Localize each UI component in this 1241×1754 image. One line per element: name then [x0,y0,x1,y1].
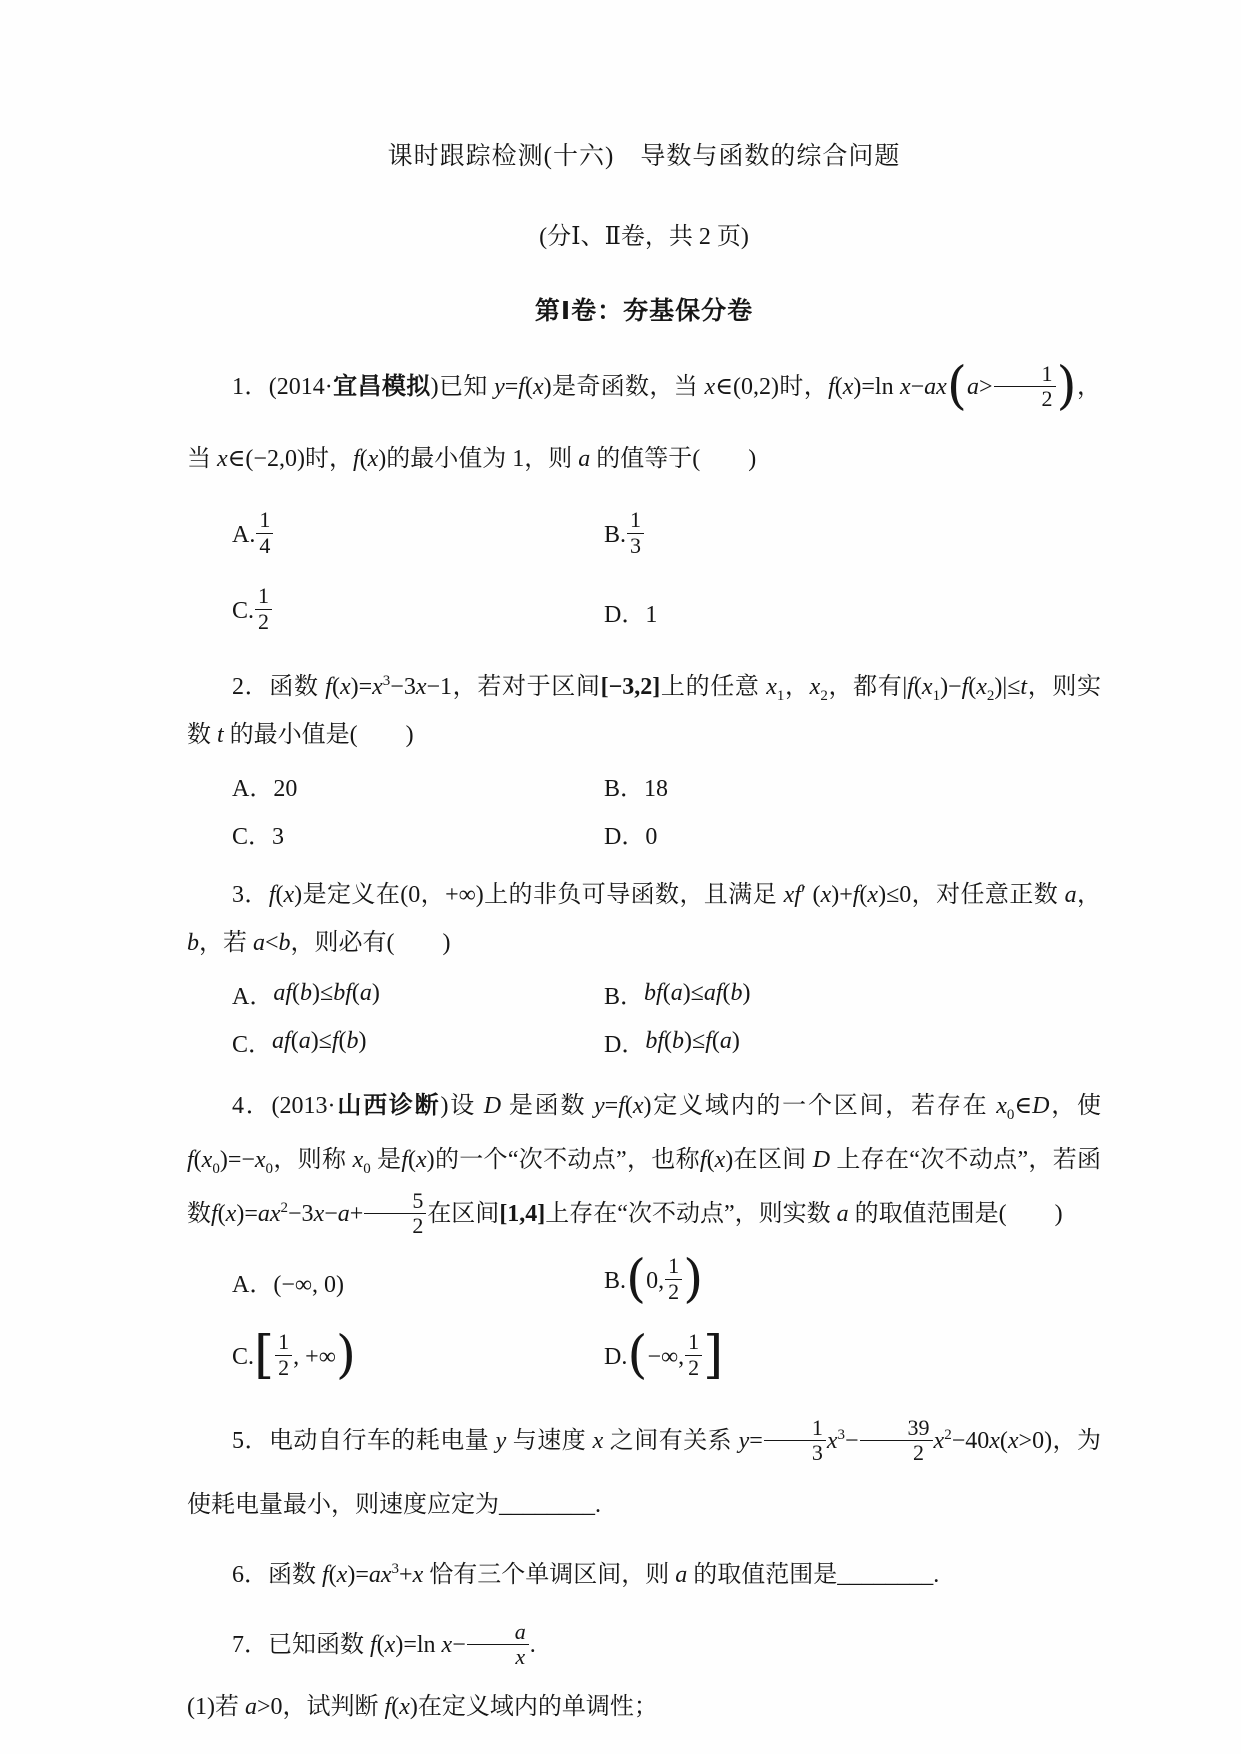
text-run: 与速度 [506,1428,592,1454]
question-4-options: A．(−∞, 0) B.(0, 12) C.[12, +∞) D.(−∞, 12… [187,1243,1101,1395]
text-run: )=ln [853,374,900,400]
text-run: x [337,1562,348,1588]
text-run: )+ [831,882,853,908]
text-run: bf [644,980,663,1007]
text-run: x [715,1147,726,1173]
text-run: x [202,1147,213,1173]
question-3: 3．f(x)是定义在(0，+∞)上的非负可导函数，且满足 xf′ (x)+f(x… [187,871,1101,1065]
text-run: 上存在“次不动点”，则实数 [545,1201,836,1227]
text-run: ) [372,980,380,1007]
text-run: )设 [440,1093,483,1119]
fraction: 12 [994,363,1056,411]
text-run: x [372,674,383,700]
text-run: [1,4] [499,1201,545,1227]
text-run: af [272,1028,291,1055]
text-run: 0 [266,1161,274,1177]
question-7: 7．已知函数 f(x)=ln x−ax. (1)若 a>0，试判断 f(x)在定… [187,1613,1101,1731]
text-run: )= [236,1201,258,1227]
text-run: )≤ [683,980,704,1007]
question-2-option-b: B．18 [604,761,1101,809]
big-bracket: ( [947,356,967,416]
text-run: x [255,1147,266,1173]
text-run: − [845,1428,859,1454]
question-7-part-1: (1)若 a>0，试判断 f(x)在定义域内的单调性； [187,1683,1101,1731]
fraction: 392 [860,1417,933,1465]
text-run: ( [332,674,340,700]
text-run: a [837,1201,849,1227]
text-run: x [867,882,878,908]
question-1-option-b: B.13 [604,497,1101,573]
text-run: − [452,1632,466,1658]
doc-subtitle: (分Ⅰ、Ⅱ卷，共 2 页) [187,216,1101,251]
text-run: 的值等于( ) [590,446,756,472]
fraction-numerator: 1 [256,509,273,532]
fraction-numerator: 1 [275,1331,292,1354]
text-run: x [827,1428,838,1454]
text-run: 2．函数 [232,674,325,700]
question-2-option-a: A．20 [232,761,604,809]
document-page: 课时跟踪检测(十六) 导数与函数的综合问题 (分Ⅰ、Ⅱ卷，共 2 页) 第Ⅰ卷：… [0,0,1241,1754]
text-run: x [368,446,379,472]
text-run: y [494,374,505,400]
text-run: a [253,930,265,956]
text-run: a [360,980,372,1007]
text-run: )=ln [395,1632,441,1658]
question-4-option-d: D.(−∞, 12] [604,1319,1101,1395]
text-run: 的取值范围是( ) [849,1201,1063,1227]
text-run: x [385,1632,396,1658]
text-run: ( [291,1028,299,1055]
question-1-option-c: C.12 [232,573,604,649]
text-run: ( [663,980,671,1007]
text-run: )的一个“次不动点”，也称 [427,1147,700,1173]
text-run: )− [940,674,962,700]
text-run: 2 [944,1427,952,1443]
text-run: A． [232,976,273,1011]
text-run: ∈(−2,0)时， [228,446,353,472]
fraction-numerator: 1 [764,1417,826,1440]
text-run: f [401,1147,408,1173]
text-run: 0 [363,1161,371,1177]
question-2-options: A．20 B．18 C．3 D．0 [187,761,1101,857]
text-run: D [813,1147,830,1173]
fraction-numerator: 1 [994,363,1056,386]
text-run: D [484,1093,501,1119]
question-4-option-a: A．(−∞, 0) [232,1243,604,1319]
text-run: 6．函数 [232,1562,322,1588]
text-run: f [325,674,332,700]
text-run: = [605,1093,619,1119]
text-run: x [340,674,351,700]
text-run: ) [359,1028,367,1055]
text-run: )是定义在(0，+∞)上的非负可导函数，且满足 [294,882,783,908]
fraction: 12 [685,1331,702,1379]
text-run: 宜昌模拟 [333,374,431,400]
text-run: ax [924,374,947,400]
fraction: 13 [627,509,644,557]
text-run: a [1065,882,1077,908]
text-run: )|≤ [994,674,1020,700]
text-run: )是奇函数，当 [544,374,705,400]
question-1-option-a: A.14 [232,497,604,573]
text-run: a [671,980,683,1007]
text-run: b [187,930,199,956]
text-run: x [934,1428,945,1454]
text-run: ) [732,1028,740,1055]
text-run: x [766,674,777,700]
question-2: 2．函数 f(x)=x3−3x−1，若对于区间[−3,2]上的任意 x1，x2，… [187,663,1101,857]
question-6: 6．函数 f(x)=ax3+x 恰有三个单调区间，则 a 的取值范围是_____… [187,1551,1101,1599]
fraction-numerator: 1 [685,1331,702,1354]
text-run: bf [333,980,352,1007]
text-run: x [416,674,427,700]
text-run: ∈(0,2)时， [715,374,828,400]
text-run: D．1 [604,594,657,629]
text-run: b [672,1028,684,1055]
text-run: x [226,1201,237,1227]
text-run: ax [369,1562,392,1588]
text-run: )在区间 [725,1147,813,1173]
text-run: 1 [933,688,941,704]
text-run: ( [391,1694,399,1720]
text-run: )的最小值为 1，则 [378,446,578,472]
text-run: x [284,882,295,908]
text-run: x [996,1093,1007,1119]
text-run: (1)若 [187,1694,245,1720]
question-4: 4．(2013·山西诊断)设 D 是函数 y=f(x)定义域内的一个区间，若存在… [187,1079,1101,1395]
fraction-denominator: 2 [860,1440,933,1464]
question-2-option-d: D．0 [604,809,1101,857]
text-run: C. [232,1344,254,1371]
fraction-denominator: 2 [275,1355,292,1379]
text-run: ( [723,980,731,1007]
text-run: y [594,1093,605,1119]
fraction-numerator: 1 [627,509,644,532]
text-run: x [1008,1428,1019,1454]
doc-title: 课时跟踪检测(十六) 导数与函数的综合问题 [187,136,1101,172]
text-run: ∈ [1014,1093,1032,1119]
text-run: b [279,930,291,956]
text-run: x [314,1201,325,1227]
text-run: ( [408,1147,416,1173]
text-run: )定义域内的一个区间，若存在 [644,1093,997,1119]
question-3-option-c: C．af(a)≤f(b) [232,1017,604,1065]
text-run: ( [292,980,300,1007]
text-run: y [739,1428,750,1454]
text-run: D．0 [604,816,657,851]
question-7-body: 7．已知函数 f(x)=ln x−ax. [187,1613,1101,1677]
text-run: x [217,446,228,472]
text-run: 2 [820,688,828,704]
text-run: 的取值范围是________. [687,1562,939,1588]
text-run: + [399,1562,413,1588]
text-run: ( [712,1028,720,1055]
text-run: a [578,446,590,472]
fraction-denominator: 3 [764,1440,826,1464]
fraction-denominator: 2 [685,1355,702,1379]
text-run: + [350,1201,364,1227]
fraction: ax [467,1621,529,1669]
text-run: C． [232,1024,272,1059]
text-run: D [1032,1093,1049,1119]
text-run: f [907,674,914,700]
section-heading: 第Ⅰ卷：夯基保分卷 [187,291,1101,327]
text-run: )= [351,674,373,700]
text-run: a [720,1028,732,1055]
text-run: f [269,882,276,908]
text-run: A．(−∞, 0) [232,1264,344,1299]
text-run: )=− [220,1147,255,1173]
text-run: − [324,1201,338,1227]
question-4-option-b: B.(0, 12) [604,1243,1101,1319]
text-run: xf [784,882,801,908]
text-run: f [828,374,835,400]
text-run: x [843,374,854,400]
text-run: ( [914,674,922,700]
text-run: ( [625,1093,633,1119]
text-run: bf [645,1028,664,1055]
text-run: f [370,1632,377,1658]
text-run: )= [347,1562,369,1588]
text-run: x [593,1428,604,1454]
text-run: ax [258,1201,281,1227]
text-run: )≤ [311,1028,332,1055]
text-run: >0，试判断 [257,1694,385,1720]
text-run: b [347,1028,359,1055]
text-run: y [496,1428,507,1454]
fraction: 12 [665,1255,682,1303]
text-run: = [505,374,519,400]
fraction-numerator: 1 [255,585,272,608]
fraction-denominator: 2 [665,1279,682,1303]
text-run: x [399,1694,410,1720]
question-4-body: 4．(2013·山西诊断)设 D 是函数 y=f(x)定义域内的一个区间，若存在… [187,1079,1101,1241]
text-run: −1，若对于区间 [426,674,600,700]
question-3-options: A．af(b)≤bf(a) B．bf(a)≤af(b) C．af(a)≤f(b)… [187,969,1101,1065]
text-run: f [700,1147,707,1173]
text-run: x [416,1147,427,1173]
text-run: [−3,2] [601,674,661,700]
text-run: A．20 [232,768,297,803]
text-run: B. [604,522,626,549]
text-run: ， [1077,882,1101,908]
text-run: ( [218,1201,226,1227]
fraction-denominator: 3 [627,533,644,557]
text-run: 是函数 [501,1093,594,1119]
text-run: )≤ [684,1028,705,1055]
text-run: )≤0，对任意正数 [878,882,1065,908]
text-run: a [675,1562,687,1588]
text-run: x [353,1147,364,1173]
text-run: A. [232,522,255,549]
text-run: ( [360,446,368,472]
question-1: 1．(2014·宜昌模拟)已知 y=f(x)是奇函数，当 x∈(0,2)时，f(… [187,351,1101,649]
fraction-numerator: 39 [860,1417,933,1440]
text-run: )已知 [431,374,494,400]
text-run: 恰有三个单调区间，则 [423,1562,675,1588]
question-3-option-a: A．af(b)≤bf(a) [232,969,604,1017]
text-run: 5．电动自行车的耗电量 [232,1428,496,1454]
text-run: ( [835,374,843,400]
text-run: −3 [390,674,416,700]
text-run: a [299,1028,311,1055]
text-run: f [211,1201,218,1227]
fraction-numerator: a [467,1621,529,1644]
question-3-option-b: B．bf(a)≤af(b) [604,969,1101,1017]
text-run: ( [1000,1428,1008,1454]
text-run: f [353,446,360,472]
text-run: ( [194,1147,202,1173]
text-run: C. [232,598,254,625]
question-5-body: 5．电动自行车的耗电量 y 与速度 x 之间有关系 y=13x3−392x2−4… [187,1409,1101,1537]
text-run: a [245,1694,257,1720]
text-run: 7．已知函数 [232,1632,370,1658]
text-run: 在区间 [427,1201,499,1227]
text-run: . [530,1632,536,1658]
text-run: f [332,1028,339,1055]
text-run: , +∞ [293,1344,336,1371]
text-run: a [967,374,979,400]
fraction: 13 [764,1417,826,1465]
text-run: x [922,674,933,700]
text-run: x [705,374,716,400]
text-run: f [705,1028,712,1055]
text-run: ( [707,1147,715,1173]
text-run: 3 [837,1427,845,1443]
question-1-options: A.14 B.13 C.12 D．1 [187,497,1101,649]
big-bracket: ) [1057,356,1077,416]
text-run: ( [352,980,360,1007]
question-2-option-c: C．3 [232,809,604,857]
text-run: 2 [281,1200,289,1216]
text-run: ( [329,1562,337,1588]
text-run: af [273,980,292,1007]
text-run: D. [604,1344,627,1371]
text-run: D． [604,1024,645,1059]
text-run: B．18 [604,768,668,803]
text-run: x [633,1093,644,1119]
text-run: 是 [371,1147,402,1173]
fraction-denominator: 2 [994,386,1056,410]
text-run: −40 [952,1428,990,1454]
fraction-denominator: 2 [255,609,272,633]
text-run: = [749,1428,763,1454]
text-run: ( [377,1632,385,1658]
text-run: f [322,1562,329,1588]
text-run: x [900,374,911,400]
fraction: 12 [275,1331,292,1379]
text-run: ，都有| [828,674,907,700]
text-run: x [989,1428,1000,1454]
text-run: − [911,374,925,400]
text-run: x [413,1562,424,1588]
question-1-option-d: D．1 [604,573,1101,649]
text-run: −3 [288,1201,314,1227]
text-run: B． [604,976,644,1011]
text-run: f [187,1147,194,1173]
text-run: ( [276,882,284,908]
text-run: b [731,980,743,1007]
text-run: 1．(2014· [232,374,333,400]
text-run: f [618,1093,625,1119]
fraction-denominator: x [467,1644,529,1668]
fraction-numerator: 1 [665,1255,682,1278]
text-run: 之间有关系 [603,1428,738,1454]
text-run: 3 [392,1561,400,1577]
question-6-body: 6．函数 f(x)=ax3+x 恰有三个单调区间，则 a 的取值范围是_____… [187,1551,1101,1599]
text-run: C．3 [232,816,284,851]
text-run: ) [743,980,751,1007]
text-run: 的最小值是( ) [224,722,414,748]
text-run: ，若 [199,930,253,956]
text-run: −∞, [647,1344,684,1371]
text-run: ( [525,374,533,400]
text-run: ， [784,674,809,700]
text-run: )≤ [312,980,333,1007]
text-run: ，则必有( ) [291,930,451,956]
text-run: 4．(2013· [232,1093,336,1119]
text-run: 山西诊断 [336,1093,441,1119]
fraction: 12 [255,585,272,633]
text-run: t [217,722,224,748]
text-run: ′ ( [801,882,821,908]
text-run: a [338,1201,350,1227]
text-run: )在定义域内的单调性； [410,1694,658,1720]
fraction-denominator: 2 [364,1213,426,1237]
text-run: 3． [232,882,269,908]
fraction: 52 [364,1190,426,1238]
text-run: ( [339,1028,347,1055]
text-run: 0, [646,1268,664,1295]
text-run: > [979,374,993,400]
question-5: 5．电动自行车的耗电量 y 与速度 x 之间有关系 y=13x3−392x2−4… [187,1409,1101,1537]
question-3-body: 3．f(x)是定义在(0，+∞)上的非负可导函数，且满足 xf′ (x)+f(x… [187,871,1101,967]
text-run: x [976,674,987,700]
text-run: x [533,374,544,400]
question-2-body: 2．函数 f(x)=x3−3x−1，若对于区间[−3,2]上的任意 x1，x2，… [187,663,1101,759]
text-run: 0 [212,1161,220,1177]
text-run: b [300,980,312,1007]
question-3-option-d: D．bf(b)≤f(a) [604,1017,1101,1065]
text-run: x [821,882,832,908]
fraction: 14 [256,509,273,557]
text-run: f [518,374,525,400]
text-run: ，则称 [273,1147,353,1173]
question-4-option-c: C.[12, +∞) [232,1319,604,1395]
question-1-body: 1．(2014·宜昌模拟)已知 y=f(x)是奇函数，当 x∈(0,2)时，f(… [187,351,1101,495]
fraction-numerator: 5 [364,1190,426,1213]
text-run: x [810,674,821,700]
text-run: 上的任意 [660,674,766,700]
text-run: x [442,1632,453,1658]
fraction-denominator: 4 [256,533,273,557]
text-run: ，使 [1049,1093,1101,1119]
text-run: < [265,930,279,956]
text-run: ( [664,1028,672,1055]
text-run: B. [604,1268,626,1295]
text-run: af [704,980,723,1007]
